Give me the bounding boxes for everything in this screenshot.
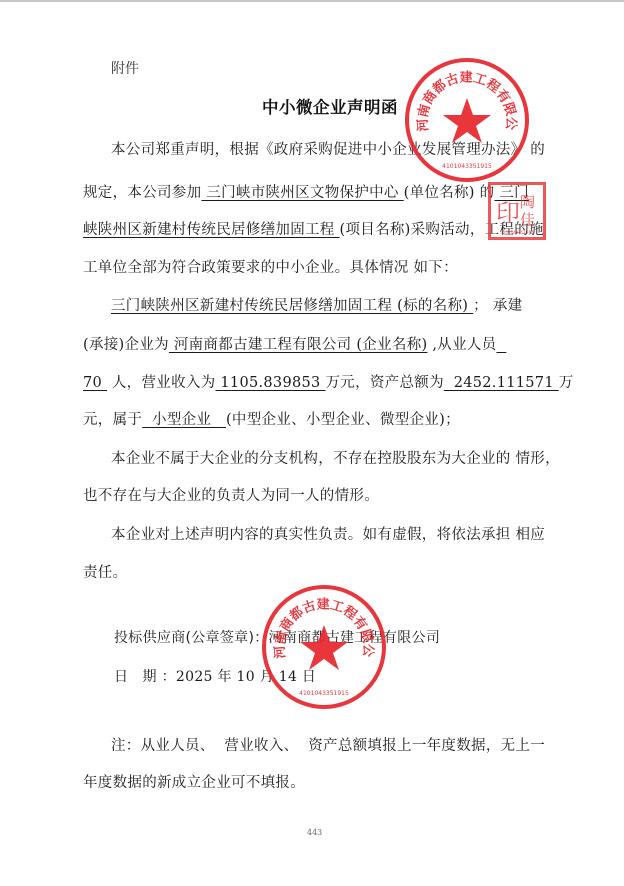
paragraph-2-line-3: 70 人，营业收入为 1105.839853 万元，资产总额为 2452.111…: [83, 373, 574, 393]
employee-count: 70: [83, 375, 107, 391]
static-text: ,从业人员: [427, 337, 496, 353]
svg-text:4101043351915: 4101043351915: [299, 690, 349, 697]
assets-value: 2452.111571: [444, 375, 559, 391]
static-text: 工单位全部为符合政策要求的中小企业。具体情况 如下：: [83, 260, 458, 276]
static-text: 本企业对上述声明内容的真实性负责。如有虚假，将依法承担 相应: [111, 527, 545, 543]
company-seal-top: 4101043351915 河南商都古建工程有限公司: [405, 58, 529, 182]
static-text: (中型企业、小型企业、微型企业)；: [226, 412, 460, 428]
static-text: 万: [559, 375, 574, 391]
attachment-label: 附件: [111, 58, 139, 78]
paragraph-4-line-2: 责任。: [83, 563, 127, 583]
paragraph-1-line-2: 规定，本公司参加 三门峡市陕州区文物保护中心 (单位名称) 的 三门: [83, 183, 529, 203]
paragraph-2-line-2: (承接)企业为 河南商都古建工程有限公司 (企业名称) ,从业人员: [83, 335, 506, 355]
document-page: 附件 中小微企业声明函 本公司郑重声明，根据《政府采购促进中小企业发展管理办法》…: [0, 0, 624, 886]
note-line-1: 注：从业人员、 营业收入、 资产总额填报上一年度数据，无上一: [111, 736, 545, 756]
static-text: 责任。: [83, 565, 127, 581]
note-text: 年度数据的新成立企业可不填报。: [83, 775, 305, 791]
declaration-text: 本公司郑重声明，根据《政府采购促进中小企业发展管理办法》 的: [111, 142, 545, 158]
static-text: ； 承建: [473, 298, 522, 314]
static-text: 本企业不属于大企业的分支机构，不存在控股股东为大企业的 情形，: [111, 451, 560, 467]
static-text: (单位名称) 的: [404, 185, 495, 201]
purchaser-name: 三门峡市陕州区文物保护中心: [201, 185, 403, 201]
employees-pad: [496, 337, 506, 353]
supplier-name: 河南商都古建工程有限公司: [269, 630, 441, 646]
paragraph-4-line-1: 本企业对上述声明内容的真实性负责。如有虚假，将依法承担 相应: [111, 525, 545, 545]
project-name-part-1: 三门: [494, 185, 529, 201]
svg-text:河南商都古建工程有限公司: 河南商都古建工程有限公司: [266, 589, 375, 659]
paragraph-2-line-1: 三门峡陕州区新建村传统民居修缮加固工程 (标的名称) ； 承建: [111, 296, 522, 316]
paragraph-3-line-2: 也不存在与大企业的负责人为同一人的情形。: [83, 486, 379, 506]
note-line-2: 年度数据的新成立企业可不填报。: [83, 773, 305, 793]
note-text: 注：从业人员、 营业收入、 资产总额填报上一年度数据，无上一: [111, 738, 545, 754]
paragraph-2-line-4: 元，属于 小型企业 (中型企业、小型企业、微型企业)；: [83, 410, 460, 430]
static-text: 人，营业收入为: [107, 375, 216, 391]
static-text: 也不存在与大企业的负责人为同一人的情形。: [83, 488, 379, 504]
date-value: 2025 年 10 月 14 日: [176, 669, 316, 685]
date-label: 日 期 ：: [114, 669, 176, 685]
svg-text:河南商都古建工程有限公司: 河南商都古建工程有限公司: [409, 62, 518, 132]
enterprise-type: 小型企业: [142, 412, 226, 428]
paragraph-1-line-3: 峡陕州区新建村传统民居修缮加固工程 (项目名称)采购活动，工程的施: [83, 220, 544, 240]
paragraph-1-line-4: 工单位全部为符合政策要求的中小企业。具体情况 如下：: [83, 258, 458, 278]
static-text: (项目名称)采购活动，工程的施: [340, 222, 544, 238]
date-line: 日 期 ：2025 年 10 月 14 日: [114, 667, 316, 687]
static-text: (承接)企业为: [83, 337, 169, 353]
enterprise-name: 河南商都古建工程有限公司 (企业名称): [169, 337, 428, 353]
svg-text:4101043351915: 4101043351915: [442, 163, 492, 170]
revenue-value: 1105.839853: [215, 375, 325, 391]
static-text: 万元，资产总额为: [325, 375, 443, 391]
seal-star-icon: 4101043351915 河南商都古建工程有限公司: [409, 62, 525, 178]
supplier-label: 投标供应商(公章签章)：: [114, 630, 269, 646]
static-text: 元，属于: [83, 412, 142, 428]
document-title: 中小微企业声明函: [262, 94, 398, 118]
page-number: 443: [307, 828, 322, 837]
project-name-part-2: 峡陕州区新建村传统民居修缮加固工程: [83, 222, 340, 238]
supplier-signature-line: 投标供应商(公章签章)：河南商都古建工程有限公司: [114, 628, 440, 648]
static-text: 规定，本公司参加: [83, 185, 201, 201]
subject-name: 三门峡陕州区新建村传统民居修缮加固工程 (标的名称): [111, 298, 473, 314]
paragraph-1-line-1: 本公司郑重声明，根据《政府采购促进中小企业发展管理办法》 的: [111, 140, 545, 160]
paragraph-3-line-1: 本企业不属于大企业的分支机构，不存在控股股东为大企业的 情形，: [111, 449, 560, 469]
